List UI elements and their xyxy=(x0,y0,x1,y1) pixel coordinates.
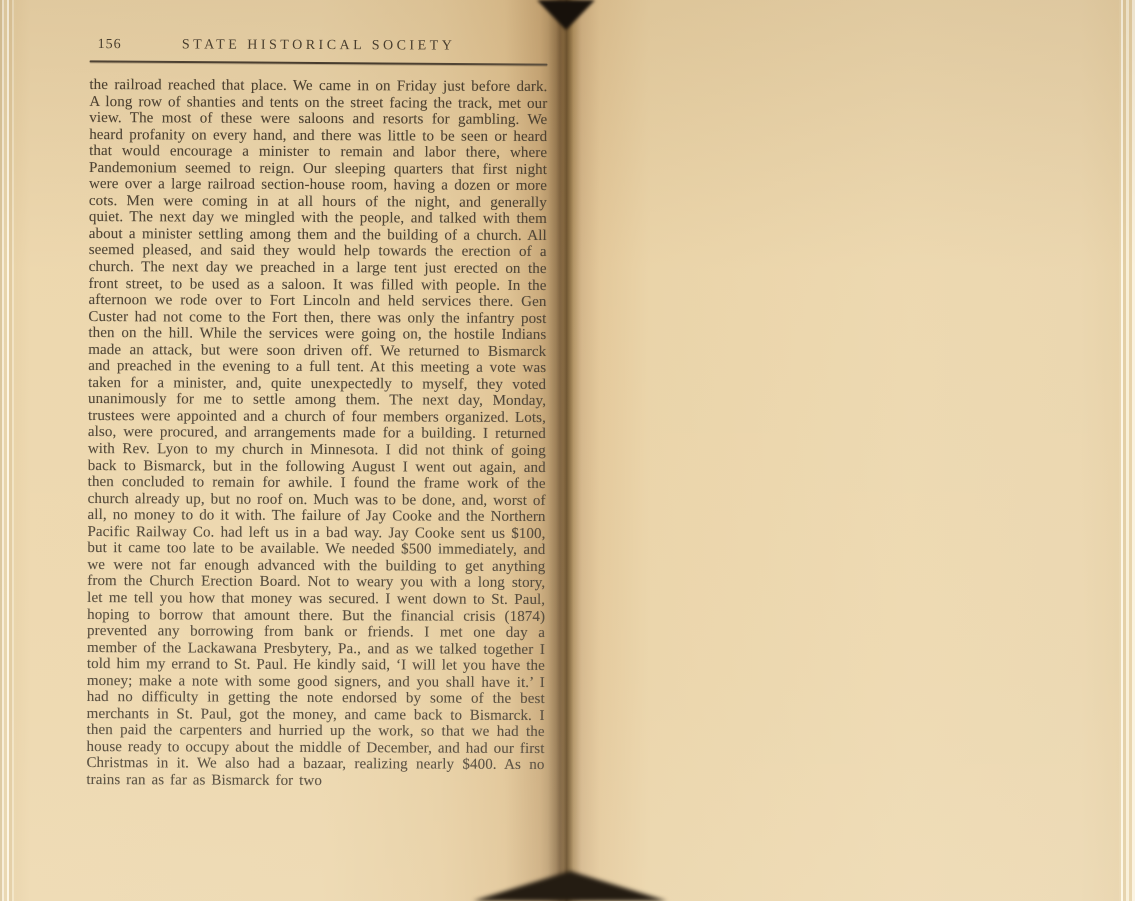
paragraph: the railroad reached that place. We came… xyxy=(86,77,547,791)
header-rule-left xyxy=(90,60,548,65)
right-page: STATE OF NORTH DAKOTA 157 winters, we we… xyxy=(560,0,1135,901)
left-page: 156 STATE HISTORICAL SOCIETY the railroa… xyxy=(0,0,560,901)
page-edges-left xyxy=(0,0,16,901)
page-number-left: 156 xyxy=(98,37,122,53)
running-head-left: 156 STATE HISTORICAL SOCIETY xyxy=(90,37,548,59)
left-page-content: 156 STATE HISTORICAL SOCIETY the railroa… xyxy=(86,37,547,791)
running-title-left: STATE HISTORICAL SOCIETY xyxy=(90,37,548,55)
page-text-left: the railroad reached that place. We came… xyxy=(86,77,547,791)
book-spread: 156 STATE HISTORICAL SOCIETY the railroa… xyxy=(0,0,1135,901)
page-edges-right xyxy=(1119,0,1135,901)
